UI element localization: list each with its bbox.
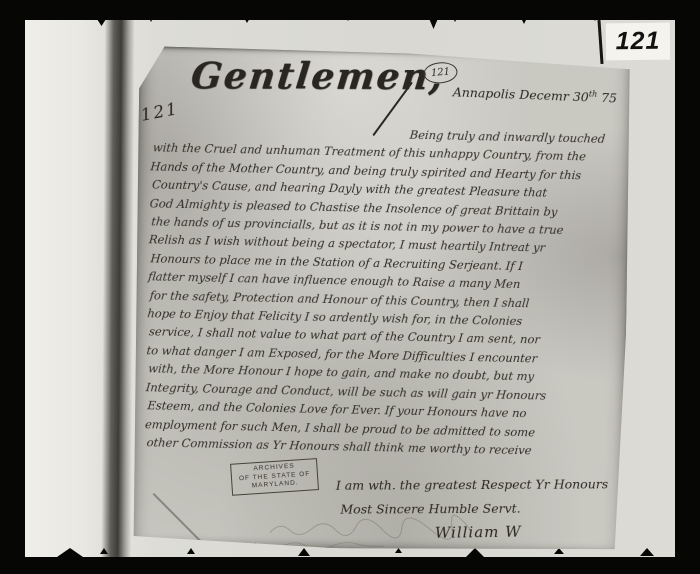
binding-gutter-shadow <box>101 18 135 560</box>
left-page-edge-strip <box>25 20 108 558</box>
letter-sheet: Gentlemen, 121 Annapolis Decemr 30th 75 … <box>130 46 632 554</box>
letter-body: Being truly and inwardly touched with th… <box>145 120 618 461</box>
closing-line-1: I am wth. the greatest Respect Yr Honour… <box>336 476 608 492</box>
film-bottom-border <box>0 557 700 574</box>
salutation-text: Gentlemen, <box>189 55 447 98</box>
dateline-year: 75 <box>597 90 617 106</box>
archives-stamp: ARCHIVES OF THE STATE OF MARYLAND. <box>230 458 319 495</box>
dateline-text: Annapolis Decemr 30th 75 <box>439 84 617 106</box>
microfilm-frame: 121 Gentlemen, 121 Annapolis Decemr 30th… <box>0 0 700 574</box>
dateline-place: Annapolis Decemr 30 <box>453 84 590 104</box>
page-number-label: 121 <box>606 23 670 61</box>
